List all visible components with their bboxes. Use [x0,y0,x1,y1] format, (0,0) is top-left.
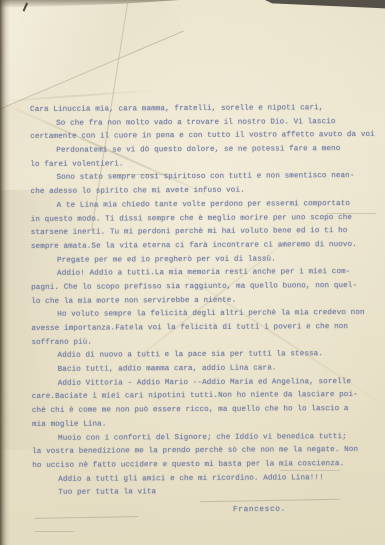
signature: Francesco. [233,506,286,514]
letter-line: avesse importanza.Fatela voi la felicità… [31,321,385,337]
pencil-mark [34,531,74,532]
pencil-mark [326,213,376,214]
letter-line: Sono stato sempre così spiritoso con tut… [30,170,385,186]
letter-line: pagni. Che lo scopo prefisso sia raggiun… [31,280,385,296]
scan-edge-shadow-top-right [265,0,385,12]
letter-line: sempre amata.Se la vita eterna ci farà i… [31,239,385,255]
pencil-mark [280,470,340,471]
letter-line: A te Lina mia chiedo tante volte perdono… [31,198,385,214]
pencil-mark [34,516,138,519]
scanned-letter-page: Cara Linuccia mia, cara mamma, fratelli,… [0,0,385,545]
letter-line: Perdonatemi se vi dò questo dolore, se n… [30,143,385,159]
scan-edge-shadow-left [0,0,10,545]
letter-line: chè chi è come me non può essere ricco, … [32,403,385,419]
letter-body: Cara Linuccia mia, cara mamma, fratelli,… [30,102,385,501]
letter-line: ho ucciso nè fatto uccidere e questo mi … [32,458,385,474]
